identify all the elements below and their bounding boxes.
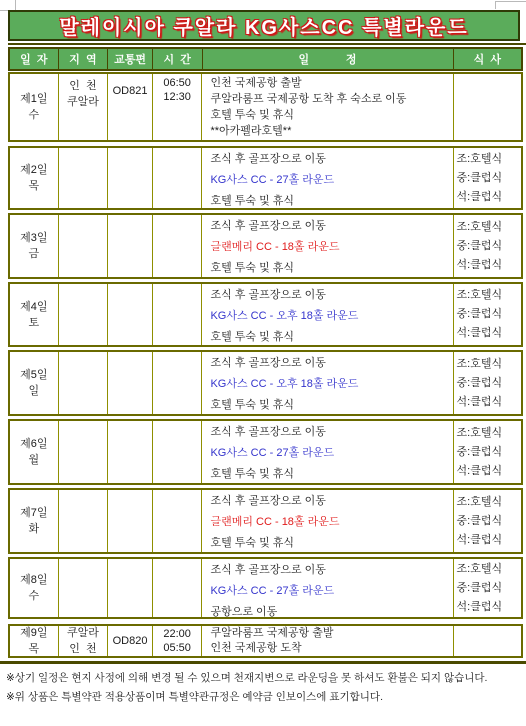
flight-number: OD820 (113, 635, 148, 647)
schedule-line: 쿠알라룸프 국제공항 출발 (210, 626, 452, 641)
day-label: 제4일 (20, 299, 47, 315)
day-cell: 제3일 금 (10, 215, 59, 277)
schedule-line: 조식 후 골프장으로 이동 (210, 353, 452, 374)
transport-cell (108, 352, 153, 414)
schedule-cell: 조식 후 골프장으로 이동 KG사스 CC - 27홀 라운드 호텔 투숙 및 … (202, 148, 453, 208)
schedule-cell: 조식 후 골프장으로 이동 KG사스 CC - 27홀 라운드 호텔 투숙 및 … (202, 421, 453, 483)
meal-line: 중:클럽식 (457, 305, 521, 324)
schedule-line: KG사스 CC - 27홀 라운드 (210, 581, 452, 602)
meal-cell (454, 74, 521, 140)
meal-cell: 조:호텔식 중:클럽식 석:클럽식 (454, 215, 521, 277)
meal-line: 조:호텔식 (457, 424, 521, 443)
schedule-line: 호텔 투숙 및 휴식 (210, 464, 452, 483)
page-title: 말레이시아 쿠알라 KG사스CC 특별라운드 (59, 11, 468, 40)
day-label: 제6일 (20, 436, 47, 452)
meal-line: 석:클럽식 (457, 188, 521, 207)
time-cell: 22:00 05:50 (153, 626, 203, 656)
weekday-label: 토 (28, 315, 39, 331)
transport-cell (108, 215, 153, 277)
region-cell (59, 352, 109, 414)
weekday-label: 금 (28, 246, 39, 262)
time-cell (153, 559, 203, 617)
note-line: ※위 상품은 특별약관 적용상품이며 특별약관규정은 예약금 인보이스에 표기합… (6, 688, 487, 707)
table-row-day1: 제1일 수 인 천 쿠알라 OD821 06:50 12:30 인천 국제공항 … (8, 72, 523, 142)
schedule-cell: 조식 후 골프장으로 이동 KG사스 CC - 오후 18홀 라운드 호텔 투숙… (202, 352, 453, 414)
footnotes: ※상기 일정은 현지 사정에 의해 변경 될 수 있으며 천재지변으로 라운딩을… (6, 669, 487, 707)
meal-line: 조:호텔식 (457, 286, 521, 305)
transport-cell (108, 284, 153, 345)
day-label: 제2일 (20, 162, 47, 178)
table-row-day7: 제7일 화 조식 후 골프장으로 이동 글랜메리 CC - 18홀 라운드 호텔… (8, 488, 523, 554)
schedule-cell: 조식 후 골프장으로 이동 KG사스 CC - 27홀 라운드 공항으로 이동 (202, 559, 453, 617)
schedule-line: 호텔 투숙 및 휴식 (210, 258, 452, 277)
region-cell (59, 284, 109, 345)
meal-cell: 조:호텔식 중:클럽식 석:클럽식 (454, 490, 521, 552)
day-cell: 제4일 토 (10, 284, 59, 345)
schedule-line: 호텔 투숙 및 휴식 (210, 107, 452, 123)
day-label: 제8일 (20, 572, 47, 588)
day-cell: 제7일 화 (10, 490, 59, 552)
itinerary-table: 일 자 지 역 교통편 시 간 일 정 식 사 제1일 수 인 천 쿠알라 OD… (8, 47, 523, 664)
meal-line: 석:클럽식 (457, 531, 521, 550)
day-label: 제3일 (20, 230, 47, 246)
transport-cell: OD821 (108, 74, 153, 140)
schedule-line: 호텔 투숙 및 휴식 (210, 327, 452, 345)
meal-line: 중:클럽식 (457, 512, 521, 531)
meal-line: 석:클럽식 (457, 256, 521, 275)
schedule-line: KG사스 CC - 27홀 라운드 (210, 443, 452, 464)
schedule-cell: 조식 후 골프장으로 이동 글랜메리 CC - 18홀 라운드 호텔 투숙 및 … (202, 215, 453, 277)
schedule-line: 글랜메리 CC - 18홀 라운드 (210, 237, 452, 258)
day-label: 제9일 (20, 625, 47, 641)
meal-line: 조:호텔식 (457, 150, 521, 169)
weekday-label: 화 (28, 521, 39, 537)
time-value: 05:50 (163, 641, 191, 655)
header-schedule: 일 정 (203, 49, 454, 69)
schedule-line: 인천 국제공항 출발 (210, 75, 452, 91)
weekday-label: 목 (28, 178, 39, 194)
meal-line: 석:클럽식 (457, 462, 521, 481)
region-line: 인 천 (69, 641, 96, 657)
schedule-line: 호텔 투숙 및 휴식 (210, 395, 452, 414)
meal-line: 중:클럽식 (457, 579, 521, 598)
schedule-line: 호텔 투숙 및 휴식 (210, 533, 452, 552)
time-cell (153, 148, 203, 208)
day-label: 제7일 (20, 505, 47, 521)
flight-number: OD821 (113, 85, 148, 97)
schedule-line: KG사스 CC - 27홀 라운드 (210, 170, 452, 191)
region-cell (59, 148, 109, 208)
schedule-line: 쿠알라룸프 국제공항 도착 후 숙소로 이동 (210, 91, 452, 107)
region-cell (59, 490, 109, 552)
header-transport: 교통편 (108, 49, 153, 69)
region-line: 쿠알라 (67, 94, 99, 110)
meal-line: 석:클럽식 (457, 393, 521, 412)
day-label: 제1일 (20, 91, 47, 107)
region-cell: 쿠알라 인 천 (59, 626, 109, 656)
meal-line: 중:클럽식 (457, 374, 521, 393)
meal-line: 조:호텔식 (457, 218, 521, 237)
transport-cell: OD820 (108, 626, 153, 656)
table-bottom-rule (0, 661, 526, 664)
meal-line: 중:클럽식 (457, 237, 521, 256)
schedule-cell: 조식 후 골프장으로 이동 KG사스 CC - 오후 18홀 라운드 호텔 투숙… (202, 284, 453, 345)
schedule-line: 조식 후 골프장으로 이동 (210, 149, 452, 170)
meal-cell: 조:호텔식 중:클럽식 석:클럽식 (454, 284, 521, 345)
region-cell (59, 215, 109, 277)
meal-line: 조:호텔식 (457, 355, 521, 374)
weekday-label: 수 (28, 588, 39, 604)
note-line: ※상기 일정은 현지 사정에 의해 변경 될 수 있으며 천재지변으로 라운딩을… (6, 669, 487, 688)
title-banner: 말레이시아 쿠알라 KG사스CC 특별라운드 (8, 10, 520, 41)
header-date: 일 자 (10, 49, 59, 69)
time-cell (153, 352, 203, 414)
schedule-line: 조식 후 골프장으로 이동 (210, 285, 452, 306)
schedule-line: KG사스 CC - 오후 18홀 라운드 (210, 306, 452, 327)
schedule-line: 조식 후 골프장으로 이동 (210, 491, 452, 512)
schedule-line: 조식 후 골프장으로 이동 (210, 560, 452, 581)
table-row-day9: 제9일 목 쿠알라 인 천 OD820 22:00 05:50 쿠알라룸프 국제… (8, 624, 523, 658)
schedule-line: 인천 국제공항 도착 (210, 641, 452, 656)
itinerary-sheet: 말레이시아 쿠알라 KG사스CC 특별라운드 일 자 지 역 교통편 시 간 일… (0, 0, 526, 726)
schedule-line: 조식 후 골프장으로 이동 (210, 422, 452, 443)
region-cell: 인 천 쿠알라 (59, 74, 109, 140)
meal-line: 중:클럽식 (457, 443, 521, 462)
schedule-line: **아카펠라호텔** (210, 123, 452, 139)
day-cell: 제1일 수 (10, 74, 59, 140)
transport-cell (108, 559, 153, 617)
time-value: 22:00 (163, 627, 191, 641)
transport-cell (108, 148, 153, 208)
day-cell: 제8일 수 (10, 559, 59, 617)
time-cell (153, 490, 203, 552)
meal-line: 중:클럽식 (457, 169, 521, 188)
day-cell: 제5일 일 (10, 352, 59, 414)
time-cell (153, 421, 203, 483)
meal-line: 석:클럽식 (457, 324, 521, 343)
weekday-label: 월 (28, 452, 39, 468)
time-cell: 06:50 12:30 (153, 74, 203, 140)
table-header-row: 일 자 지 역 교통편 시 간 일 정 식 사 (8, 47, 523, 71)
weekday-label: 일 (28, 383, 39, 399)
day-cell: 제2일 목 (10, 148, 59, 208)
schedule-cell: 쿠알라룸프 국제공항 출발 인천 국제공항 도착 (202, 626, 453, 656)
transport-cell (108, 490, 153, 552)
table-row-day2: 제2일 목 조식 후 골프장으로 이동 KG사스 CC - 27홀 라운드 호텔… (8, 146, 523, 210)
schedule-line: 호텔 투숙 및 휴식 (210, 191, 452, 208)
table-row-day5: 제5일 일 조식 후 골프장으로 이동 KG사스 CC - 오후 18홀 라운드… (8, 350, 523, 416)
schedule-cell: 조식 후 골프장으로 이동 글랜메리 CC - 18홀 라운드 호텔 투숙 및 … (202, 490, 453, 552)
table-row-day6: 제6일 월 조식 후 골프장으로 이동 KG사스 CC - 27홀 라운드 호텔… (8, 419, 523, 485)
gridline-artifact-right (495, 1, 526, 9)
weekday-label: 목 (28, 641, 39, 657)
header-time: 시 간 (153, 49, 203, 69)
time-value: 12:30 (163, 90, 191, 104)
meal-cell: 조:호텔식 중:클럽식 석:클럽식 (454, 148, 521, 208)
schedule-line: 조식 후 골프장으로 이동 (210, 216, 452, 237)
table-row-day3: 제3일 금 조식 후 골프장으로 이동 글랜메리 CC - 18홀 라운드 호텔… (8, 213, 523, 279)
title-underline (8, 43, 526, 45)
header-meal: 식 사 (454, 49, 521, 69)
transport-cell (108, 421, 153, 483)
time-value: 06:50 (163, 76, 191, 90)
header-region: 지 역 (59, 49, 109, 69)
schedule-cell: 인천 국제공항 출발 쿠알라룸프 국제공항 도착 후 숙소로 이동 호텔 투숙 … (202, 74, 453, 140)
region-line: 쿠알라 (67, 625, 99, 641)
meal-line: 조:호텔식 (457, 493, 521, 512)
meal-cell (454, 626, 521, 656)
day-cell: 제6일 월 (10, 421, 59, 483)
day-label: 제5일 (20, 367, 47, 383)
region-line: 인 천 (69, 78, 96, 94)
meal-line: 석:클럽식 (457, 598, 521, 617)
meal-line: 조:호텔식 (457, 560, 521, 579)
region-cell (59, 421, 109, 483)
table-row-day8: 제8일 수 조식 후 골프장으로 이동 KG사스 CC - 27홀 라운드 공항… (8, 557, 523, 619)
table-row-day4: 제4일 토 조식 후 골프장으로 이동 KG사스 CC - 오후 18홀 라운드… (8, 282, 523, 347)
schedule-line: 공항으로 이동 (210, 602, 452, 617)
day-cell: 제9일 목 (10, 626, 59, 656)
time-cell (153, 215, 203, 277)
weekday-label: 수 (28, 107, 39, 123)
schedule-line: KG사스 CC - 오후 18홀 라운드 (210, 374, 452, 395)
time-cell (153, 284, 203, 345)
region-cell (59, 559, 109, 617)
meal-cell: 조:호텔식 중:클럽식 석:클럽식 (454, 352, 521, 414)
schedule-line: 글랜메리 CC - 18홀 라운드 (210, 512, 452, 533)
meal-cell: 조:호텔식 중:클럽식 석:클럽식 (454, 421, 521, 483)
meal-cell: 조:호텔식 중:클럽식 석:클럽식 (454, 559, 521, 617)
